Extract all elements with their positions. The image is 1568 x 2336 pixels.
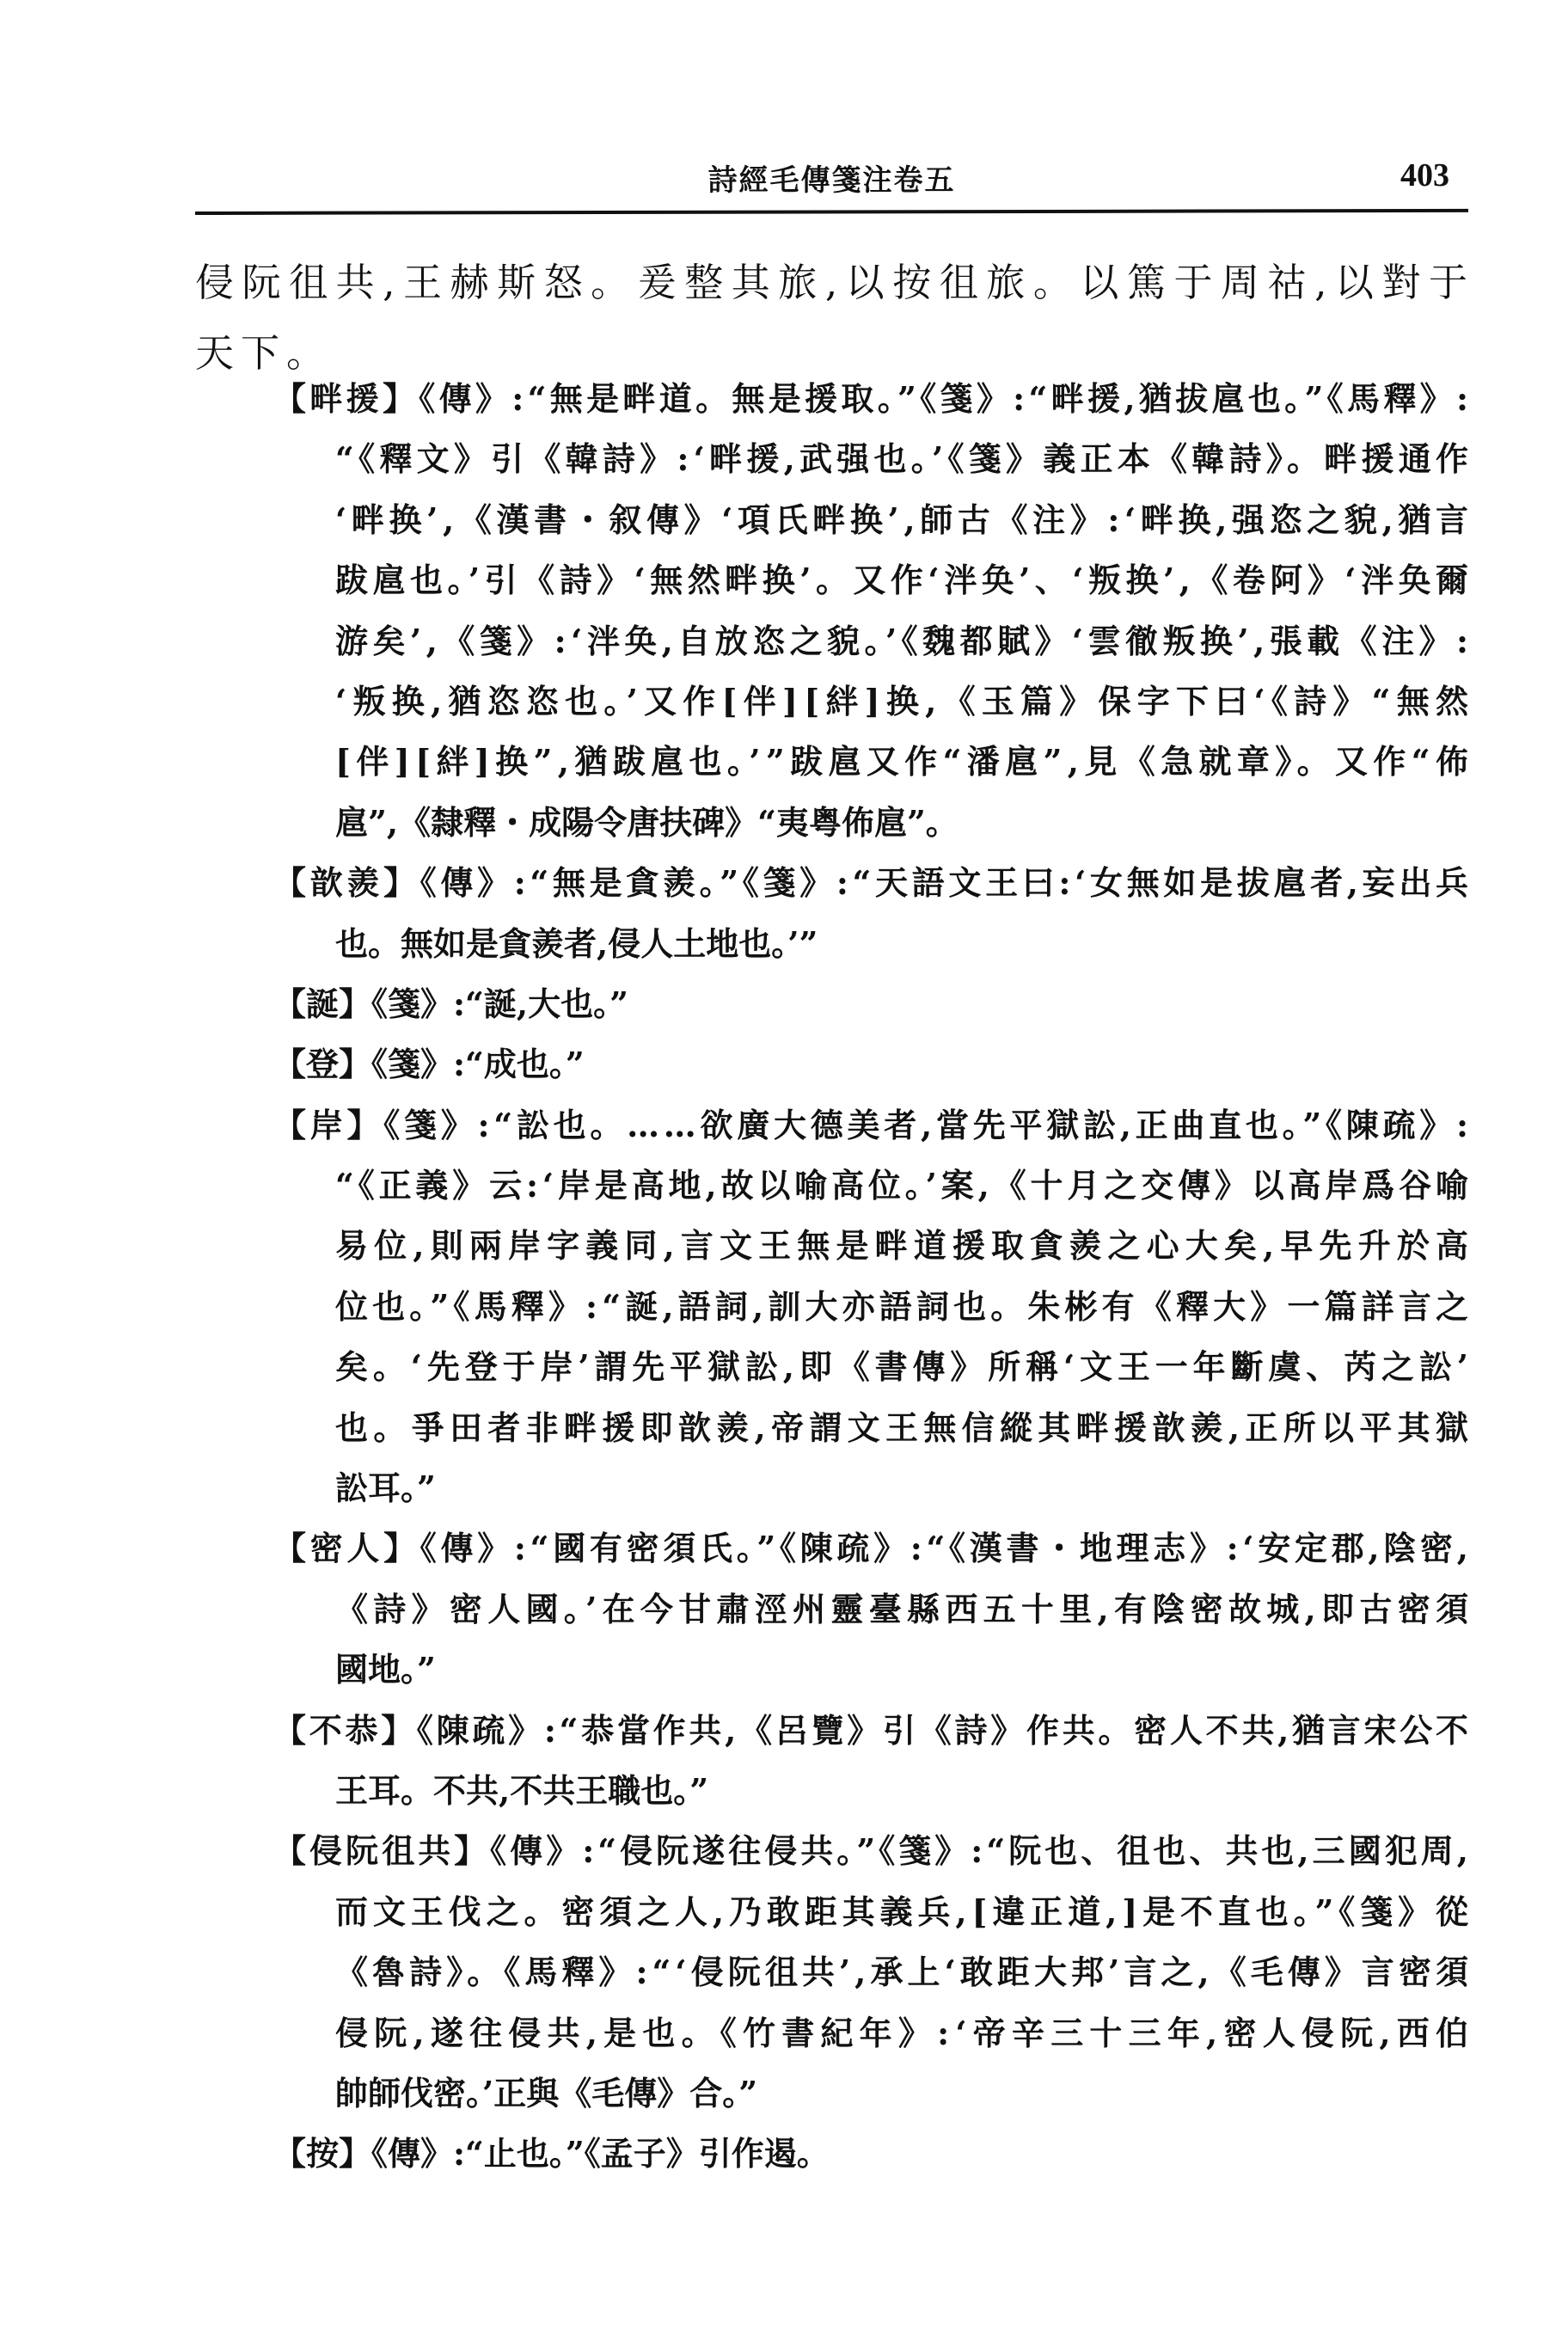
annotation-headline: 【歆羨】《傳》:“無是貪羨。”《箋》:“天語文王曰:‘女無如是拔扈者,妄出兵	[273, 853, 1468, 913]
annotation-line: 易位,則兩岸字義同,言文王無是畔道援取貪羨之心大矣,早先升於高	[335, 1216, 1468, 1276]
annotation-line: 而文王伐之。密須之人,乃敢距其義兵,[違正道,]是不直也。”《箋》從	[335, 1882, 1468, 1942]
running-title: 詩經毛傳箋注卷五	[195, 162, 1468, 199]
annotation-entry: 【畔援】《傳》:“無是畔道。無是援取。”《箋》:“畔援,猶拔扈也。”《馬釋》:“…	[273, 369, 1468, 853]
annotation-line: 《魯詩》。《馬釋》:“‘侵阮徂共’,承上‘敢距大邦’言之,《毛傳》言密須	[335, 1942, 1468, 2002]
annotation-headline: 【按】《傳》:“止也。”《孟子》引作遏。	[273, 2124, 1468, 2184]
annotation-line: “《釋文》引《韓詩》:‘畔援,武强也。’《箋》義正本《韓詩》。畔援通作	[335, 429, 1468, 489]
annotation-entry: 【岸】《箋》:“訟也。……欲廣大德美者,當先平獄訟,正曲直也。”《陳疏》:“《正…	[273, 1095, 1468, 1519]
annotation-entry: 【侵阮徂共】《傳》:“侵阮遂往侵共。”《箋》:“阮也、徂也、共也,三國犯周,而文…	[273, 1821, 1468, 2124]
page-header: 詩經毛傳箋注卷五 403	[195, 155, 1468, 206]
page-number: 403	[1400, 156, 1449, 194]
annotation-line: 矣。‘先登于岸’謂先平獄訟,即《書傳》所稱‘文王一年斷虞、芮之訟’	[335, 1337, 1468, 1397]
annotation-headline: 【不恭】《陳疏》:“恭當作共,《呂覽》引《詩》作共。密人不共,猶言宋公不	[273, 1701, 1468, 1761]
annotation-headline: 【登】《箋》:“成也。”	[273, 1034, 1468, 1094]
annotation-entry: 【密人】《傳》:“國有密須氏。”《陳疏》:“《漢書・地理志》:‘安定郡,陰密,《…	[273, 1518, 1468, 1700]
annotation-line: 帥師伐密。’正與《毛傳》合。”	[335, 2063, 1468, 2124]
annotation-entry: 【不恭】《陳疏》:“恭當作共,《呂覽》引《詩》作共。密人不共,猶言宋公不王耳。不…	[273, 1701, 1468, 1822]
annotation-line: 跋扈也。’引《詩》‘無然畔换’。又作‘泮奂’、‘叛换’,《卷阿》‘泮奂爾	[335, 550, 1468, 610]
annotation-entry: 【歆羨】《傳》:“無是貪羨。”《箋》:“天語文王曰:‘女無如是拔扈者,妄出兵也。…	[273, 853, 1468, 974]
annotation-line: 訟耳。”	[335, 1458, 1468, 1518]
annotation-line: 位也。”《馬釋》:“誕,語詞,訓大亦語詞也。朱彬有《釋大》一篇詳言之	[335, 1277, 1468, 1337]
header-rule	[195, 209, 1468, 215]
annotation-line: ‘畔换’,《漢書・叙傳》‘項氏畔换’,師古《注》:‘畔换,强恣之貌,猶言	[335, 490, 1468, 550]
annotation-line: 也。爭田者非畔援即歆羨,帝謂文王無信縱其畔援歆羨,正所以平其獄	[335, 1398, 1468, 1458]
annotation-line: 國地。”	[335, 1640, 1468, 1700]
annotation-headline: 【畔援】《傳》:“無是畔道。無是援取。”《箋》:“畔援,猶拔扈也。”《馬釋》:	[273, 369, 1468, 429]
annotation-line: “《正義》云:‘岸是高地,故以喻高位。’案,《十月之交傳》以高岸爲谷喻	[335, 1156, 1468, 1216]
annotation-line: 《詩》密人國。’在今甘肅涇州靈臺縣西五十里,有陰密故城,即古密須	[335, 1579, 1468, 1640]
annotation-line: 扈”,《隸釋・成陽令唐扶碑》“夷粤佈扈”。	[335, 793, 1468, 853]
annotation-headline: 【密人】《傳》:“國有密須氏。”《陳疏》:“《漢書・地理志》:‘安定郡,陰密,	[273, 1518, 1468, 1579]
annotation-entry: 【按】《傳》:“止也。”《孟子》引作遏。	[273, 2124, 1468, 2184]
annotation-line: ‘叛换,猶恣恣也。’又作[伴][絆]换,《玉篇》保字下曰‘《詩》“無然	[335, 671, 1468, 732]
annotation-entry: 【誕】《箋》:“誕,大也。”	[273, 974, 1468, 1034]
annotation-line: 也。無如是貪羨者,侵人土地也。’”	[335, 914, 1468, 974]
annotation-line: 侵阮,遂往侵共,是也。《竹書紀年》:‘帝辛三十三年,密人侵阮,西伯	[335, 2003, 1468, 2063]
annotation-headline: 【侵阮徂共】《傳》:“侵阮遂往侵共。”《箋》:“阮也、徂也、共也,三國犯周,	[273, 1821, 1468, 1881]
annotation-line: 王耳。不共,不共王職也。”	[335, 1761, 1468, 1821]
annotation-line: 游矣’,《箋》:‘泮奂,自放恣之貌。’《魏都賦》‘雲徹叛换’,張載《注》:	[335, 611, 1468, 671]
annotation-line: [伴][絆]换”,猶跋扈也。’”跋扈又作“潘扈”,見《急就章》。又作“佈	[335, 732, 1468, 792]
verse-text: 侵阮徂共,王赫斯怒。爰整其旅,以按徂旅。以篤于周祜,以對于 天下。	[195, 248, 1467, 389]
verse-line: 侵阮徂共,王赫斯怒。爰整其旅,以按徂旅。以篤于周祜,以對于	[195, 248, 1467, 318]
annotation-headline: 【誕】《箋》:“誕,大也。”	[273, 974, 1468, 1034]
annotation-headline: 【岸】《箋》:“訟也。……欲廣大德美者,當先平獄訟,正曲直也。”《陳疏》:	[273, 1095, 1468, 1156]
annotation-entry: 【登】《箋》:“成也。”	[273, 1034, 1468, 1094]
annotations: 【畔援】《傳》:“無是畔道。無是援取。”《箋》:“畔援,猶拔扈也。”《馬釋》:“…	[273, 369, 1468, 2185]
